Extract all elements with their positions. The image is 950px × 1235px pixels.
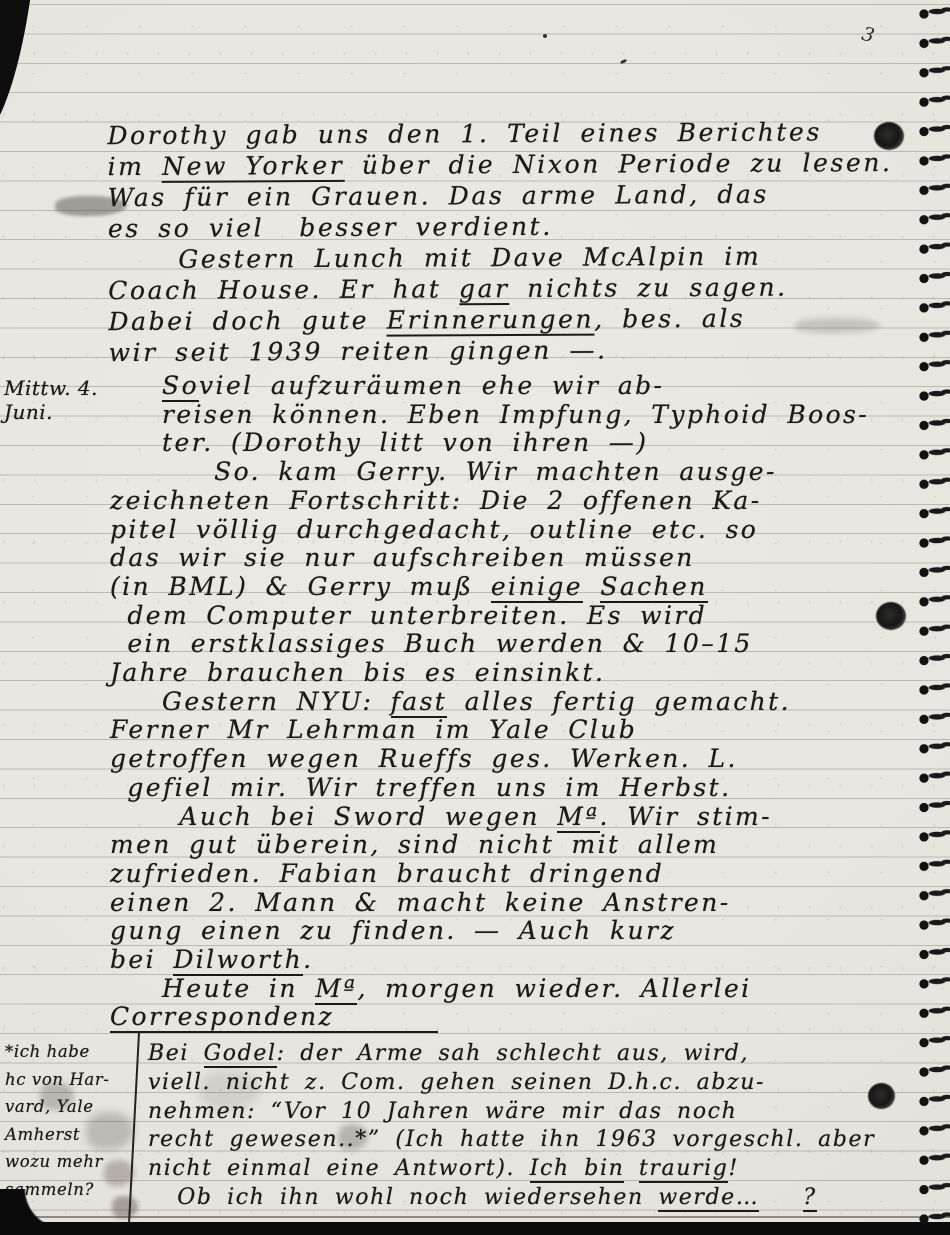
ink-speck [543,34,547,38]
handwritten-line: So. kam Gerry. Wir machten ausge- [110,458,930,487]
handwritten-line: Ob ich ihn wohl noch wiedersehen werde… … [148,1184,908,1213]
diary-entry-3: Bei Godel: der Arme sah schlecht aus, wi… [148,1040,908,1213]
text-segment: nichts zu sagen. [510,273,788,303]
text-segment: Ob ich ihn wohl noch wiedersehen [148,1185,658,1210]
underlined-text: Erinnerungen [387,305,595,337]
text-segment: über die Nixon Periode zu lesen. [344,148,892,180]
text-segment: : der Arme sah schlecht aus, wird, [277,1041,749,1066]
text-segment: viel aufzuräumen ehe wir ab- [199,371,664,400]
text-segment: . Wir stim- [600,802,772,831]
text-segment [624,1156,639,1181]
handwritten-line: im New Yorker über die Nixon Periode zu … [108,147,918,182]
handwritten-line: nicht einmal eine Antwort). Ich bin trau… [148,1155,908,1184]
text-segment: Dabei doch gute [108,306,386,336]
handwritten-line: nehmen: “Vor 10 Jahren wäre mir das noch [148,1098,908,1127]
handwritten-line: wozu mehr [5,1148,131,1176]
handwritten-line: Gestern Lunch mit Dave McAlpin im [108,240,918,275]
text-segment: Bei [148,1041,204,1066]
diary-entry-2: Soviel aufzuräumen ehe wir ab- reisen kö… [110,372,930,1032]
scan-edge-bottom-left-corner [0,1189,64,1235]
text-segment: zeichneten Fortschritt: Die 2 offenen Ka… [110,486,762,515]
handwritten-line: ter. (Dorothy litt von ihren —) [110,429,930,458]
text-segment: einen 2. Mann & macht keine Anstren- [110,888,731,917]
text-segment: Amherst [5,1125,80,1144]
text-segment: recht gewesen..*” (Ich hatte ihn 1963 vo… [148,1127,875,1152]
notebook-page: 3 Dorothy gab uns den 1. Teil eines Beri… [0,0,950,1235]
handwritten-line: wir seit 1939 reiten gingen —. [108,333,918,368]
underlined-text: Dilworth [173,945,303,976]
handwritten-line: gefiel mir. Wir treffen uns im Herbst. [110,774,930,803]
text-segment: pitel völlig durchgedacht, outline etc. … [110,515,758,544]
text-segment: dem Computer unterbreiten. Es wird [110,601,707,630]
underlined-text: Ich bin [530,1156,625,1183]
handwritten-line: gung einen zu finden. — Auch kurz [110,917,930,946]
text-segment: Coach House. Er hat [108,274,459,305]
handwritten-line: reisen können. Eben Impfung, Typhoid Boo… [110,401,930,430]
text-segment: ter. (Dorothy litt von ihren —) [110,428,648,457]
text-segment: im [108,152,163,181]
text-segment: (in BML) & Gerry muß [110,572,491,601]
text-segment: . [303,945,313,974]
text-segment: Gestern NYU: [110,687,391,716]
handwritten-line: zufrieden. Fabian braucht dringend [110,860,930,889]
text-segment: gefiel mir. Wir treffen uns im Herbst. [110,773,731,802]
handwritten-line: Auch bei Sword wegen Mª. Wir stim- [110,803,930,832]
handwritten-line: Amherst [5,1121,131,1149]
handwritten-line: es so viel besser verdient. [108,209,918,244]
text-segment [759,1185,803,1210]
handwritten-line: dem Computer unterbreiten. Es wird [110,602,930,631]
diary-entry-1: Dorothy gab uns den 1. Teil eines Berich… [107,116,918,368]
handwritten-line: das wir sie nur aufschreiben müssen [110,544,930,573]
text-segment: Gestern Lunch mit Dave McAlpin im [108,242,761,274]
underlined-text: werde… [658,1185,759,1212]
text-segment: zufrieden. Fabian braucht dringend [110,859,664,888]
underlined-text: fast [391,687,448,718]
text-segment: alles fertig gemacht. [447,687,791,716]
handwritten-line: Correspondenz [110,1003,930,1032]
text-segment: Auch bei Sword wegen [110,802,557,831]
margin-footnote: *ich habehc von Har-vard, YaleAmherstwoz… [5,1038,131,1203]
text-segment: hc von Har- [5,1070,110,1089]
handwritten-line: ein erstklassiges Buch werden & 10–15 [110,630,930,659]
underlined-text: So [162,371,199,402]
text-segment: Jahre brauchen bis es einsinkt. [110,658,605,687]
text-segment: das wir sie nur aufschreiben müssen [110,543,695,572]
text-segment: So. kam Gerry. Wir machten ausge- [110,457,777,486]
punch-hole-middle [876,602,906,630]
text-segment: , bes. als [594,304,745,334]
handwritten-line: Coach House. Er hat gar nichts zu sagen. [108,271,918,306]
handwritten-line: (in BML) & Gerry muß einige Sachen [110,573,930,602]
handwritten-line: recht gewesen..*” (Ich hatte ihn 1963 vo… [148,1126,908,1155]
handwritten-line: Bei Godel: der Arme sah schlecht aus, wi… [148,1040,908,1069]
text-segment: men gut überein, sind nicht mit allem [110,830,719,859]
punch-hole-top [874,122,904,150]
text-segment: , morgen wieder. Allerlei [357,974,751,1003]
text-segment: es so viel besser verdient. [108,212,553,243]
text-segment: nicht einmal eine Antwort). [148,1156,530,1181]
handwritten-line: einen 2. Mann & macht keine Anstren- [110,889,930,918]
bottom-rule-line [0,1216,950,1218]
underlined-text: New Yorker [162,151,344,183]
text-segment: bei [110,945,173,974]
handwritten-line: hc von Har- [5,1066,131,1094]
text-segment: viell. nicht z. Com. gehen seinen D.h.c.… [148,1070,765,1095]
punch-hole-bottom [868,1083,895,1109]
text-segment: *ich habe [5,1042,90,1061]
handwritten-line: *ich habe [5,1038,131,1066]
handwritten-line: men gut überein, sind nicht mit allem [110,831,930,860]
text-segment: Heute in [110,974,315,1003]
handwritten-line: Dorothy gab uns den 1. Teil eines Berich… [107,116,917,151]
handwritten-line: viell. nicht z. Com. gehen seinen D.h.c.… [148,1069,908,1098]
text-segment [583,572,600,601]
text-segment: reisen können. Eben Impfung, Typhoid Boo… [110,400,869,429]
handwritten-line: zeichneten Fortschritt: Die 2 offenen Ka… [110,487,930,516]
text-segment: ein erstklassiges Buch werden & 10–15 [110,629,753,658]
spiral-binding [908,0,950,1235]
text-segment: Dorothy gab uns den 1. Teil eines Berich… [107,117,822,150]
handwritten-line: Soviel aufzuräumen ehe wir ab- [110,372,930,401]
underlined-text: gar [459,274,510,305]
handwritten-line: getroffen wegen Rueffs ges. Werken. L. [110,745,930,774]
handwritten-line: Heute in Mª, morgen wieder. Allerlei [110,975,930,1004]
text-segment: wozu mehr [5,1152,103,1171]
handwritten-line: Gestern NYU: fast alles fertig gemacht. [110,688,930,717]
handwritten-line: Was für ein Grauen. Das arme Land, das [108,178,918,213]
underlined-text: ? [803,1185,816,1212]
underlined-text: Sachen [600,572,707,603]
underlined-text: Correspondenz [110,1002,438,1033]
text-segment: nehmen: “Vor 10 Jahren wäre mir das noch [148,1099,737,1124]
underlined-text: einige [491,572,583,603]
handwritten-line: bei Dilworth. [110,946,930,975]
handwritten-line: Jahre brauchen bis es einsinkt. [110,659,930,688]
handwritten-line: vard, Yale [5,1093,131,1121]
text-segment: getroffen wegen Rueffs ges. Werken. L. [110,744,738,773]
handwritten-line: Dabei doch gute Erinnerungen, bes. als [108,302,918,337]
underlined-text: Godel [204,1041,277,1068]
text-segment: Ferner Mr Lehrman im Yale Club [110,715,637,744]
text-segment [110,371,162,400]
handwritten-line: Ferner Mr Lehrman im Yale Club [110,716,930,745]
text-segment: Was für ein Grauen. Das arme Land, das [108,180,769,212]
text-segment: gung einen zu finden. — Auch kurz [110,916,676,945]
underlined-text: Mª [557,802,599,833]
text-segment: wir seit 1939 reiten gingen —. [108,336,607,368]
scan-edge-bottom [0,1222,950,1235]
handwritten-line: pitel völlig durchgedacht, outline etc. … [110,516,930,545]
text-segment: vard, Yale [5,1097,94,1116]
text-segment: ! [728,1156,738,1181]
underlined-text: traurig [639,1156,728,1183]
underlined-text: Mª [315,974,357,1005]
